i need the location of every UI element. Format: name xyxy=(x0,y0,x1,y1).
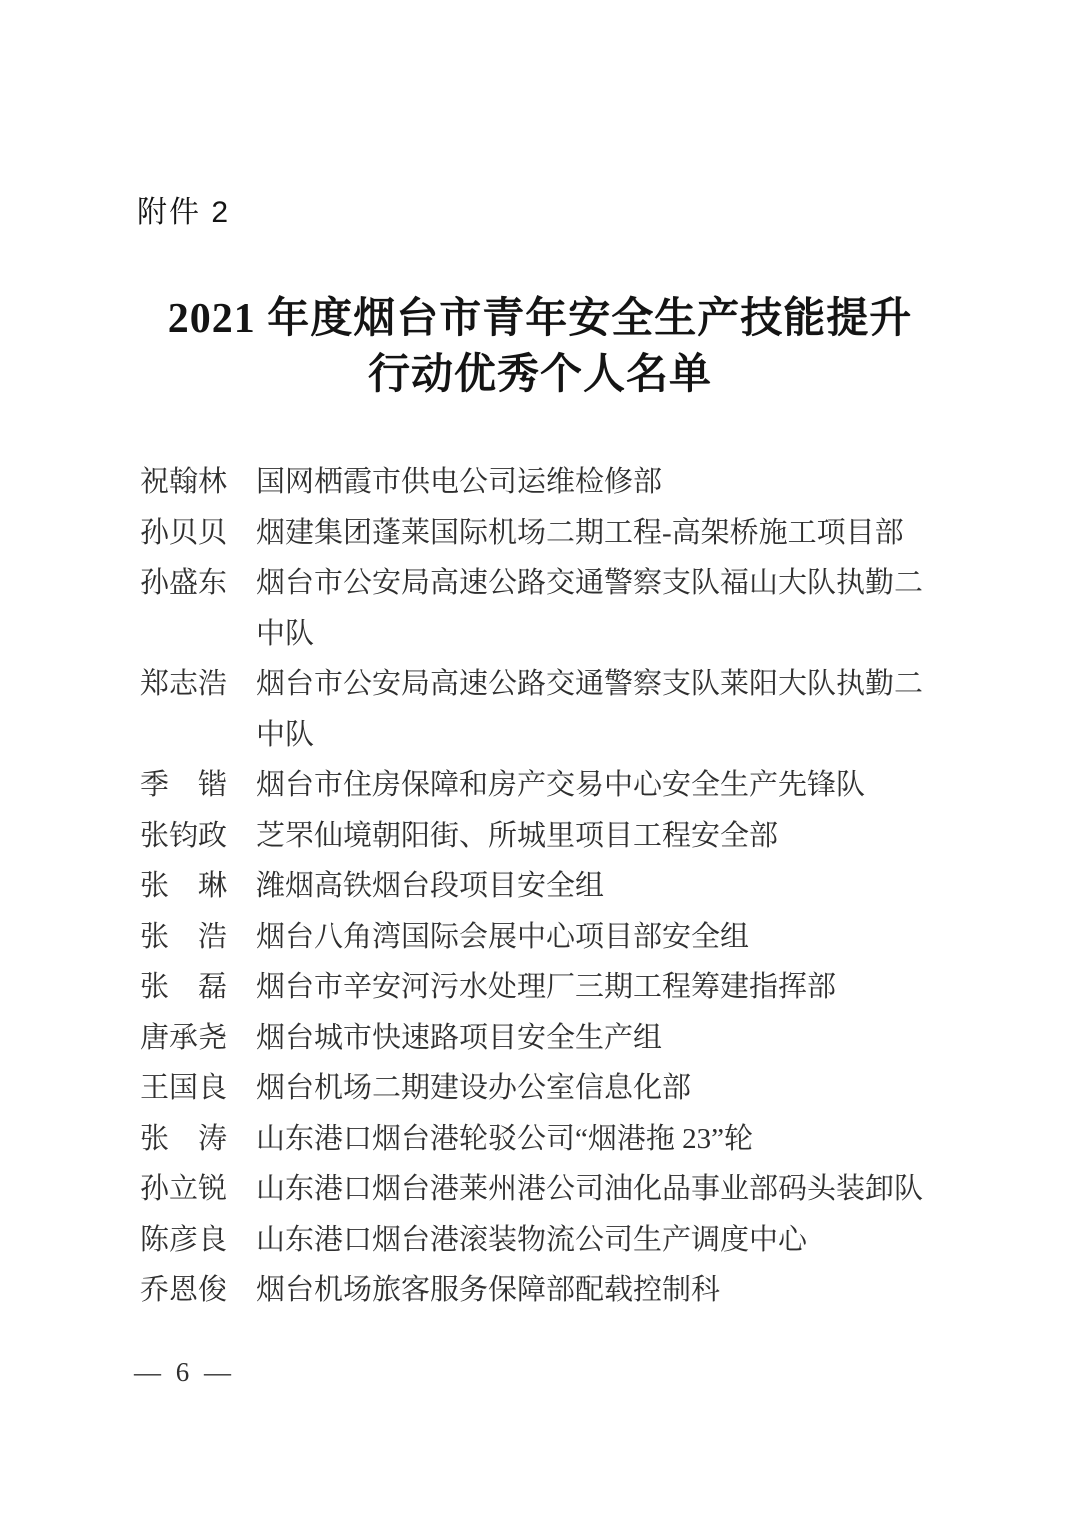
awardee-name: 张 浩 xyxy=(140,912,228,963)
awardee-organization: 芝罘仙境朝阳街、所城里项目工程安全部 xyxy=(256,811,934,862)
awardee-organization: 烟台机场旅客服务保障部配载控制科 xyxy=(256,1265,934,1316)
awardee-name: 孙贝贝 xyxy=(140,508,228,559)
list-item: 王国良 烟台机场二期建设办公室信息化部 xyxy=(140,1063,940,1114)
awardee-name: 唐承尧 xyxy=(140,1013,228,1064)
list-item: 孙盛东 烟台市公安局高速公路交通警察支队福山大队执勤二中队 xyxy=(140,558,940,659)
awardee-name: 张 琳 xyxy=(140,861,228,912)
awardee-organization: 烟台机场二期建设办公室信息化部 xyxy=(256,1063,934,1114)
list-item: 张 琳 潍烟高铁烟台段项目安全组 xyxy=(140,861,940,912)
awardee-organization: 山东港口烟台港轮驳公司“烟港拖 23”轮 xyxy=(256,1114,934,1165)
awardee-name: 季 锴 xyxy=(140,760,228,811)
list-item: 孙贝贝 烟建集团蓬莱国际机场二期工程-高架桥施工项目部 xyxy=(140,508,940,559)
awardee-organization: 山东港口烟台港莱州港公司油化品事业部码头装卸队 xyxy=(256,1164,934,1215)
awardee-organization: 烟台市住房保障和房产交易中心安全生产先锋队 xyxy=(256,760,934,811)
list-item: 张 涛 山东港口烟台港轮驳公司“烟港拖 23”轮 xyxy=(140,1114,940,1165)
list-item: 郑志浩 烟台市公安局高速公路交通警察支队莱阳大队执勤二中队 xyxy=(140,659,940,760)
attachment-label: 附件 2 xyxy=(137,196,230,230)
awardee-name: 郑志浩 xyxy=(140,659,228,710)
awardee-name: 孙立锐 xyxy=(140,1164,228,1215)
list-item: 季 锴 烟台市住房保障和房产交易中心安全生产先锋队 xyxy=(140,760,940,811)
awardee-list: 祝翰林 国网栖霞市供电公司运维检修部 孙贝贝 烟建集团蓬莱国际机场二期工程-高架… xyxy=(140,457,940,1316)
document-title-line1: 2021 年度烟台市青年安全生产技能提升 xyxy=(168,296,913,342)
awardee-organization: 烟台市辛安河污水处理厂三期工程筹建指挥部 xyxy=(256,962,934,1013)
awardee-organization: 山东港口烟台港滚装物流公司生产调度中心 xyxy=(256,1215,934,1266)
awardee-organization: 烟台市公安局高速公路交通警察支队莱阳大队执勤二中队 xyxy=(256,659,934,760)
awardee-name: 孙盛东 xyxy=(140,558,228,609)
awardee-organization: 烟台市公安局高速公路交通警察支队福山大队执勤二中队 xyxy=(256,558,934,659)
awardee-organization: 烟台八角湾国际会展中心项目部安全组 xyxy=(256,912,934,963)
awardee-name: 张 涛 xyxy=(140,1114,228,1165)
awardee-organization: 国网栖霞市供电公司运维检修部 xyxy=(256,457,934,508)
awardee-organization: 烟台城市快速路项目安全生产组 xyxy=(256,1013,934,1064)
awardee-name: 王国良 xyxy=(140,1063,228,1114)
list-item: 张钧政 芝罘仙境朝阳街、所城里项目工程安全部 xyxy=(140,811,940,862)
list-item: 陈彦良 山东港口烟台港滚装物流公司生产调度中心 xyxy=(140,1215,940,1266)
awardee-name: 张钧政 xyxy=(140,811,228,862)
page-number: — 6 — xyxy=(134,1356,235,1388)
awardee-organization: 烟建集团蓬莱国际机场二期工程-高架桥施工项目部 xyxy=(256,508,934,559)
list-item: 孙立锐 山东港口烟台港莱州港公司油化品事业部码头装卸队 xyxy=(140,1164,940,1215)
document-title: 2021 年度烟台市青年安全生产技能提升 行动优秀个人名单 xyxy=(0,291,1080,403)
list-item: 乔恩俊 烟台机场旅客服务保障部配载控制科 xyxy=(140,1265,940,1316)
list-item: 唐承尧 烟台城市快速路项目安全生产组 xyxy=(140,1013,940,1064)
list-item: 张 浩 烟台八角湾国际会展中心项目部安全组 xyxy=(140,912,940,963)
document-title-line2: 行动优秀个人名单 xyxy=(368,352,712,398)
awardee-organization: 潍烟高铁烟台段项目安全组 xyxy=(256,861,934,912)
awardee-name: 祝翰林 xyxy=(140,457,228,508)
awardee-name: 陈彦良 xyxy=(140,1215,228,1266)
list-item: 祝翰林 国网栖霞市供电公司运维检修部 xyxy=(140,457,940,508)
awardee-name: 乔恩俊 xyxy=(140,1265,228,1316)
awardee-name: 张 磊 xyxy=(140,962,228,1013)
document-page: 附件 2 2021 年度烟台市青年安全生产技能提升 行动优秀个人名单 祝翰林 国… xyxy=(0,0,1080,1527)
list-item: 张 磊 烟台市辛安河污水处理厂三期工程筹建指挥部 xyxy=(140,962,940,1013)
